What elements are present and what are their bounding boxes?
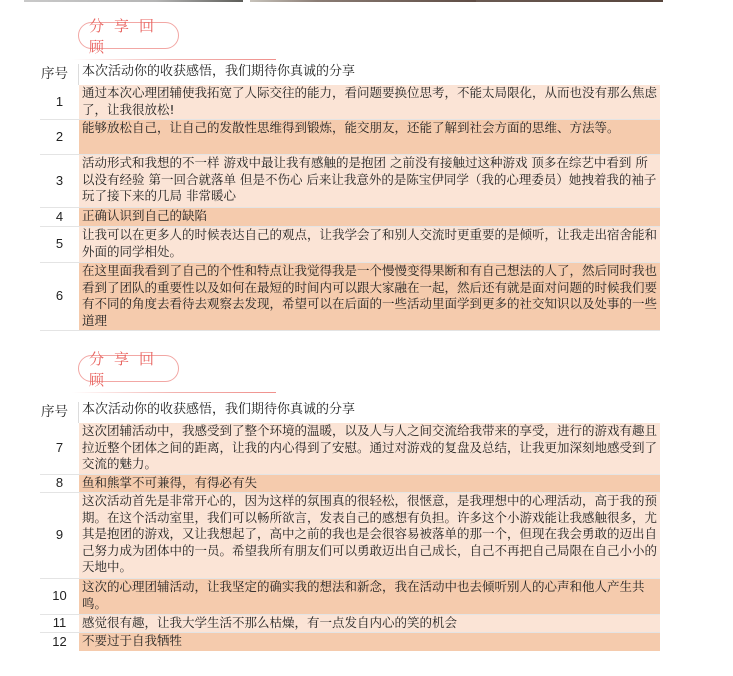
row-num: 6 bbox=[40, 263, 79, 330]
row-num: 8 bbox=[40, 475, 79, 492]
row-num: 9 bbox=[40, 493, 79, 578]
row-num: 7 bbox=[40, 423, 79, 474]
header-num: 序号 bbox=[40, 64, 79, 85]
row-num: 5 bbox=[40, 227, 79, 262]
table-row: 8 鱼和熊掌不可兼得，有得必有失 bbox=[40, 475, 660, 493]
table-row: 5 让我可以在更多人的时候表达自己的观点，让我学会了和别人交流时更重要的是倾听，… bbox=[40, 227, 660, 263]
photo-strip-left bbox=[24, 0, 243, 2]
title-divider bbox=[72, 392, 276, 393]
section-title-share-review-2: 分享回顾 bbox=[78, 355, 179, 382]
row-num: 11 bbox=[40, 615, 79, 632]
row-text: 通过本次心理团辅使我拓宽了人际交往的能力，看问题要换位思考，不能太局限化，从而也… bbox=[79, 85, 660, 119]
section-title-share-review: 分享回顾 bbox=[78, 22, 179, 49]
table-row: 7 这次团辅活动中，我感受到了整个环境的温暖，以及人与人之间交流给我带来的享受，… bbox=[40, 423, 660, 475]
header-text: 本次活动你的收获感悟，我们期待你真诚的分享 bbox=[79, 402, 660, 423]
row-num: 1 bbox=[40, 85, 79, 119]
table-row: 11 感觉很有趣，让我大学生活不那么枯燥，有一点发自内心的笑的机会 bbox=[40, 615, 660, 633]
row-text: 感觉很有趣，让我大学生活不那么枯燥，有一点发自内心的笑的机会 bbox=[79, 615, 660, 632]
row-text: 能够放松自己，让自己的发散性思维得到锻炼，能交朋友，还能了解到社会方面的思维、方… bbox=[79, 120, 660, 154]
table-row: 9 这次活动首先是非常开心的，因为这样的氛围真的很轻松，很惬意，是我理想中的心理… bbox=[40, 493, 660, 579]
table-row: 4 正确认识到自己的缺陷 bbox=[40, 208, 660, 227]
row-text: 让我可以在更多人的时候表达自己的观点，让我学会了和别人交流时更重要的是倾听，让我… bbox=[79, 227, 660, 262]
photo-strip-right bbox=[250, 0, 476, 2]
row-text: 活动形式和我想的不一样 游戏中最让我有感触的是抱团 之前没有接触过这种游戏 顶多… bbox=[79, 155, 660, 207]
table-row: 2 能够放松自己，让自己的发散性思维得到锻炼，能交朋友，还能了解到社会方面的思维… bbox=[40, 120, 660, 155]
header-num: 序号 bbox=[40, 402, 79, 423]
row-text: 鱼和熊掌不可兼得，有得必有失 bbox=[79, 475, 660, 492]
table-header: 序号 本次活动你的收获感悟，我们期待你真诚的分享 bbox=[40, 64, 660, 85]
row-num: 3 bbox=[40, 155, 79, 207]
row-text: 在这里面我看到了自己的个性和特点让我觉得我是一个慢慢变得果断和有自己想法的人了，… bbox=[79, 263, 660, 330]
row-text: 这次的心理团辅活动，让我坚定的确实我的想法和新念，我在活动中也去倾听别人的心声和… bbox=[79, 579, 660, 614]
photo-strip-right-dark bbox=[476, 0, 663, 2]
row-text: 正确认识到自己的缺陷 bbox=[79, 208, 660, 226]
row-text: 这次活动首先是非常开心的，因为这样的氛围真的很轻松，很惬意，是我理想中的心理活动… bbox=[79, 493, 660, 578]
table-row: 3 活动形式和我想的不一样 游戏中最让我有感触的是抱团 之前没有接触过这种游戏 … bbox=[40, 155, 660, 208]
row-num: 12 bbox=[40, 633, 79, 651]
row-num: 2 bbox=[40, 120, 79, 154]
table-row: 6 在这里面我看到了自己的个性和特点让我觉得我是一个慢慢变得果断和有自己想法的人… bbox=[40, 263, 660, 331]
table-header: 序号 本次活动你的收获感悟，我们期待你真诚的分享 bbox=[40, 402, 660, 423]
header-text: 本次活动你的收获感悟，我们期待你真诚的分享 bbox=[79, 64, 660, 85]
row-text: 不要过于自我牺牲 bbox=[79, 633, 660, 651]
title-divider bbox=[72, 59, 276, 60]
feedback-table-2: 序号 本次活动你的收获感悟，我们期待你真诚的分享 7 这次团辅活动中，我感受到了… bbox=[40, 402, 660, 651]
feedback-table-1: 序号 本次活动你的收获感悟，我们期待你真诚的分享 1 通过本次心理团辅使我拓宽了… bbox=[40, 64, 660, 331]
row-text: 这次团辅活动中，我感受到了整个环境的温暖，以及人与人之间交流给我带来的享受，进行… bbox=[79, 423, 660, 474]
row-num: 4 bbox=[40, 208, 79, 226]
row-num: 10 bbox=[40, 579, 79, 614]
table-row: 10 这次的心理团辅活动，让我坚定的确实我的想法和新念，我在活动中也去倾听别人的… bbox=[40, 579, 660, 615]
table-row: 1 通过本次心理团辅使我拓宽了人际交往的能力，看问题要换位思考，不能太局限化，从… bbox=[40, 85, 660, 120]
table-row: 12 不要过于自我牺牲 bbox=[40, 633, 660, 651]
